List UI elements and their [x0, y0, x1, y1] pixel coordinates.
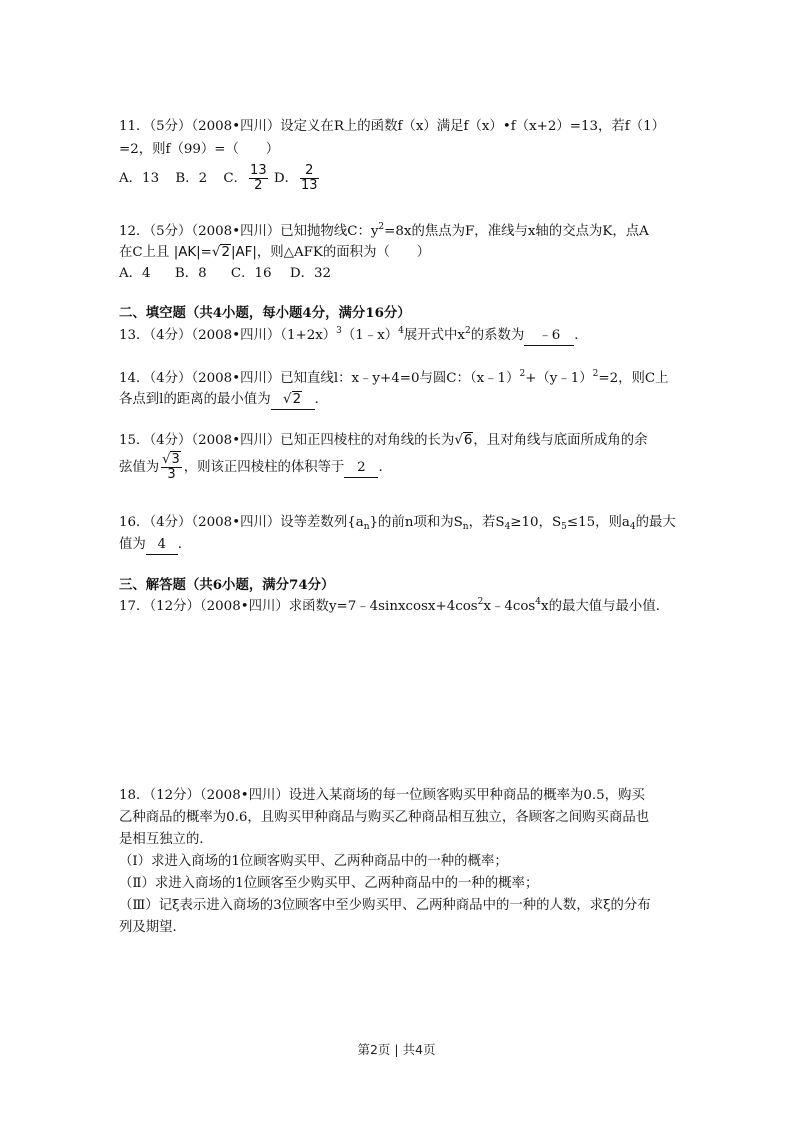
- section-2-title: 二、填空题（共4小题，每小题4分，满分16分）: [119, 304, 411, 322]
- q11-options: A．13 B．2 C．132 D．213: [119, 164, 321, 193]
- q16-line1: 16．（4分）（2008•四川）设等差数列{an}的前n项和为Sn，若S4≥10…: [119, 514, 676, 532]
- q17-line: 17．（12分）（2008•四川）求函数y=7﹣4sinxcosx+4cos2x…: [119, 598, 669, 616]
- q18-line3: 是相互独立的．: [119, 831, 213, 849]
- q15-fraction: √33: [161, 453, 182, 482]
- q14-line1: 14．（4分）（2008•四川）已知直线l：x﹣y+4=0与圆C：（x﹣1）2+…: [119, 370, 669, 388]
- q12-options: A．4 B．8 C．16 D．32: [119, 265, 343, 283]
- section-3-title: 三、解答题（共6小题，满分74分）: [119, 576, 334, 594]
- q12-option-c: C．16: [231, 265, 272, 283]
- sqrt-2: √2: [212, 244, 231, 262]
- page-footer: 第2页 | 共4页: [0, 1040, 793, 1058]
- q18-line1: 18．（12分）（2008•四川）设进入某商场的每一位顾客购买甲种商品的概率为0…: [119, 787, 645, 805]
- q16-answer: 4: [146, 536, 178, 555]
- q15-line2: 弦值为√33，则该正四棱柱的体积等于2．: [119, 453, 392, 482]
- q11-option-d-label: D．: [274, 171, 298, 186]
- q12-option-b: B．8: [175, 265, 207, 283]
- q11-option-c-label: C．: [223, 171, 247, 186]
- q13-line: 13．（4分）（2008•四川）（1+2x）3（1﹣x）4展开式中x2的系数为﹣…: [119, 327, 588, 346]
- q18-part2: （Ⅱ）求进入商场的1位顾客至少购买甲、乙两种商品中的一种的概率；: [119, 875, 538, 893]
- q16-line2: 值为4．: [119, 536, 191, 555]
- q18-line2: 乙种商品的概率为0.6，且购买甲种商品与购买乙种商品相互独立，各顾客之间购买商品…: [119, 809, 649, 827]
- q11-line2: =2，则f（99）=（ ）: [119, 141, 279, 159]
- q15-line1: 15．（4分）（2008•四川）已知正四棱柱的对角线的长为√6，且对角线与底面所…: [119, 432, 648, 450]
- abs-ak: |AK|: [174, 245, 201, 260]
- abs-af: |AF|: [231, 245, 257, 260]
- q18-part3: （Ⅲ）记ξ表示进入商场的3位顾客中至少购买甲、乙两种商品中的一种的人数，求ξ的分…: [119, 897, 651, 915]
- q14-answer: √2: [271, 391, 315, 410]
- q11-line1: 11．（5分）（2008•四川）设定义在R上的函数f（x）满足f（x）•f（x+…: [119, 118, 665, 136]
- q11-option-b: B．2: [175, 170, 207, 188]
- q15-answer: 2: [344, 459, 378, 478]
- q12-line2: 在C上且 |AK|=√2|AF|，则△AFK的面积为（ ）: [119, 244, 430, 262]
- q14-line2: 各点到l的距离的最小值为√2．: [119, 391, 328, 410]
- q12-option-d: D．32: [290, 265, 331, 283]
- q11-option-a: A．13: [119, 170, 159, 188]
- q11-option-c-fraction: 132: [249, 164, 268, 193]
- q18-line7: 列及期望．: [119, 919, 186, 937]
- q13-answer: ﹣6: [524, 327, 574, 346]
- sqrt-6: √6: [454, 432, 473, 450]
- q12-option-a: A．4: [119, 265, 151, 283]
- q11-option-d-fraction: 213: [300, 164, 319, 193]
- q12-line1: 12．（5分）（2008•四川）已知抛物线C：y2=8x的焦点为F，准线与x轴的…: [119, 223, 649, 241]
- q18-part1: （Ⅰ）求进入商场的1位顾客购买甲、乙两种商品中的一种的概率；: [119, 853, 508, 871]
